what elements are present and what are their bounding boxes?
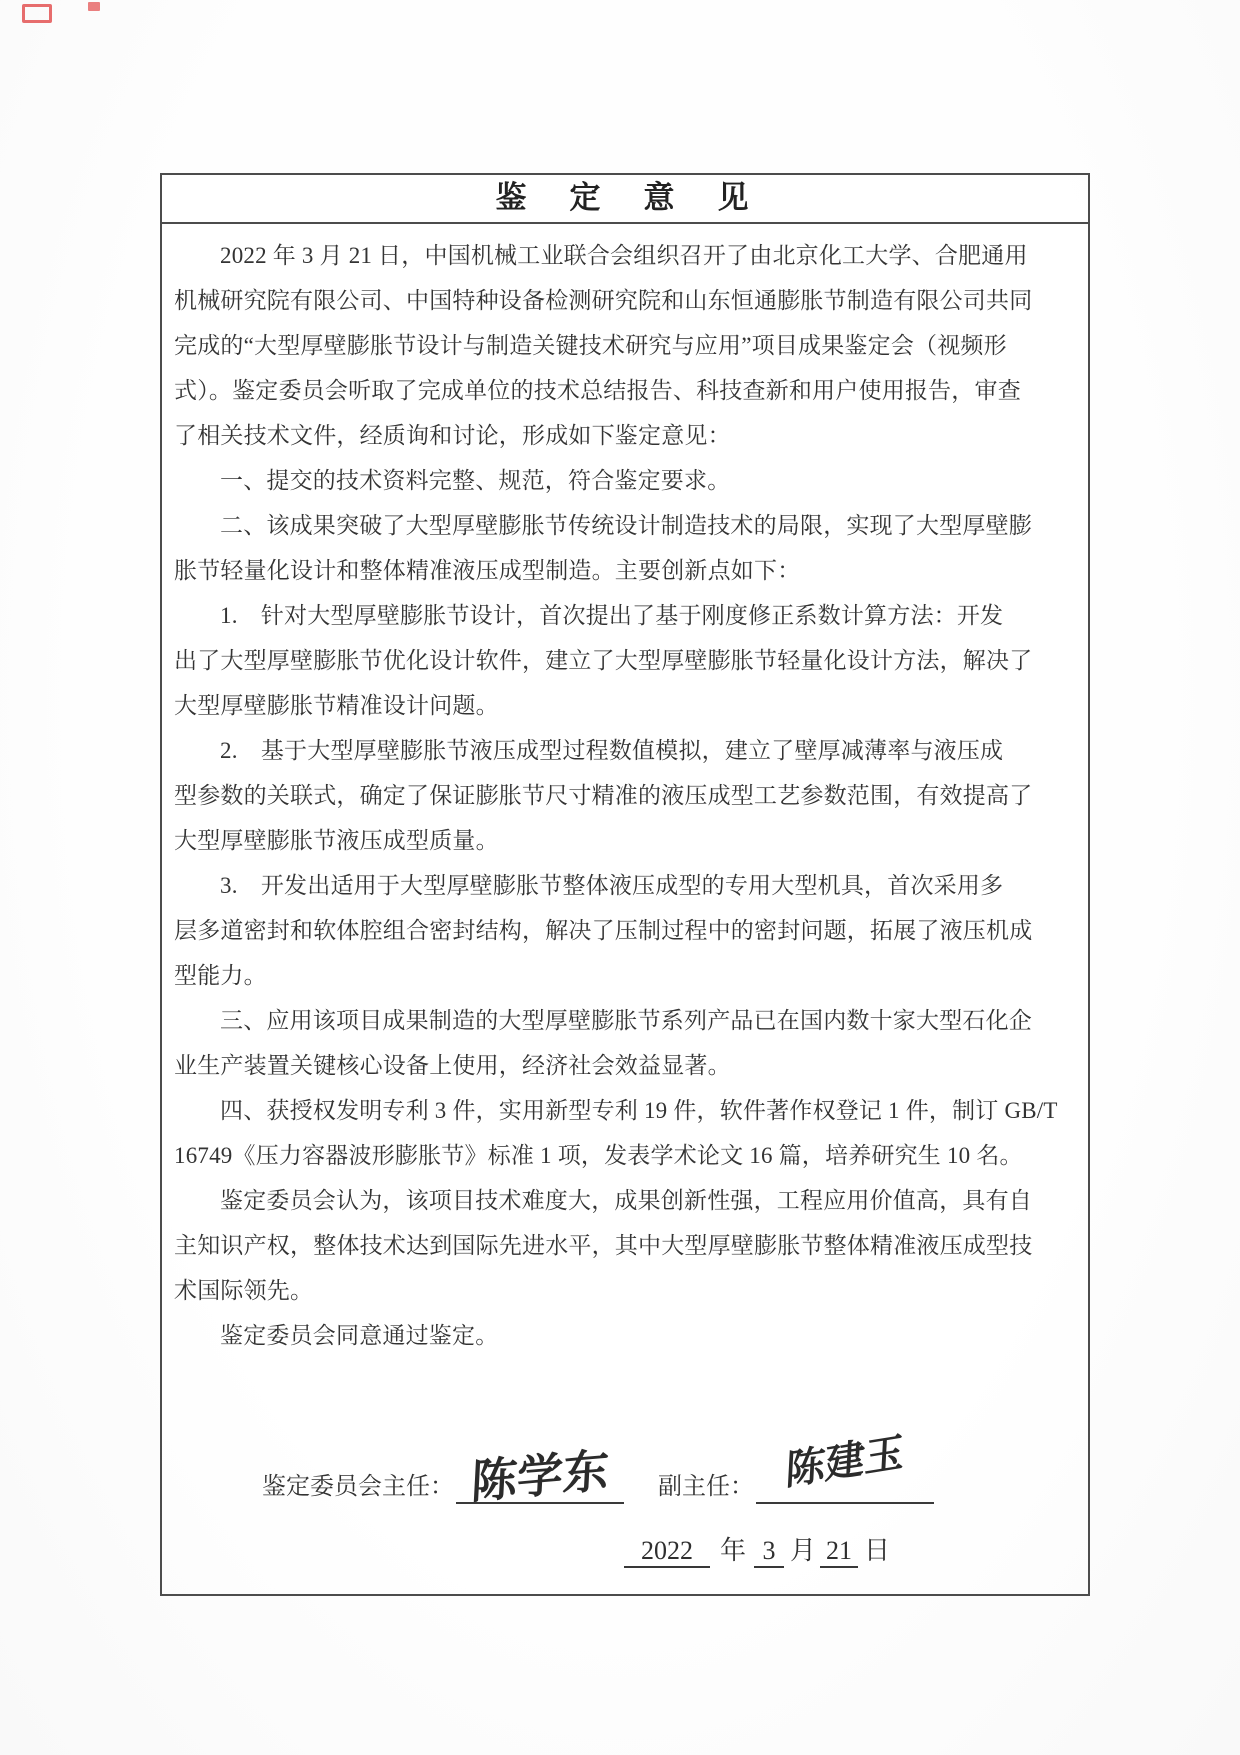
text-line: 16749《压力容器波形膨胀节》标准 1 项，发表学术论文 16 篇，培养研究生… bbox=[174, 1133, 1080, 1178]
document-border-box: 鉴 定 意 见 2022 年 3 月 21 日，中国机械工业联合会组织召开了由北… bbox=[160, 173, 1090, 1596]
text-line: 大型厚壁膨胀节液压成型质量。 bbox=[174, 818, 1080, 863]
text-line: 主知识产权，整体技术达到国际先进水平，其中大型厚壁膨胀节整体精准液压成型技 bbox=[174, 1223, 1080, 1268]
text-line: 大型厚壁膨胀节精准设计问题。 bbox=[174, 683, 1080, 728]
text-line: 鉴定委员会同意通过鉴定。 bbox=[174, 1313, 1080, 1358]
chairman-label: 鉴定委员会主任： bbox=[262, 1470, 454, 1504]
text-line: 2. 基于大型厚壁膨胀节液压成型过程数值模拟，建立了壁厚减薄率与液压成 bbox=[174, 728, 1080, 773]
text-line: 出了大型厚壁膨胀节优化设计软件，建立了大型厚壁膨胀节轻量化设计方法，解决了 bbox=[174, 638, 1080, 683]
date-line: 2022 年 3 月 21 日 bbox=[624, 1530, 1088, 1568]
text-line: 2022 年 3 月 21 日，中国机械工业联合会组织召开了由北京化工大学、合肥… bbox=[174, 233, 1080, 278]
vice-chairman-signature: 陈建玉 bbox=[785, 1432, 906, 1492]
text-line: 二、该成果突破了大型厚壁膨胀节传统设计制造技术的局限，实现了大型厚壁膨 bbox=[174, 503, 1080, 548]
text-line: 完成的“大型厚壁膨胀节设计与制造关键技术研究与应用”项目成果鉴定会（视频形 bbox=[174, 323, 1080, 368]
text-line: 胀节轻量化设计和整体精准液压成型制造。主要创新点如下： bbox=[174, 548, 1080, 593]
text-line: 式）。鉴定委员会听取了完成单位的技术总结报告、科技查新和用户使用报告，审查 bbox=[174, 368, 1080, 413]
date-day: 21 bbox=[820, 1536, 858, 1568]
red-scan-artifact-1 bbox=[22, 4, 52, 23]
document-body: 2022 年 3 月 21 日，中国机械工业联合会组织召开了由北京化工大学、合肥… bbox=[162, 224, 1088, 1358]
red-scan-artifact-2 bbox=[88, 2, 100, 11]
text-line: 型能力。 bbox=[174, 953, 1080, 998]
date-year-label: 年 bbox=[720, 1530, 746, 1567]
scanned-page: { "artifacts": { "red_mark_color": "#e44… bbox=[0, 0, 1240, 1755]
text-line: 业生产装置关键核心设备上使用，经济社会效益显著。 bbox=[174, 1043, 1080, 1088]
text-line: 1. 针对大型厚壁膨胀节设计，首次提出了基于刚度修正系数计算方法：开发 bbox=[174, 593, 1080, 638]
vice-chairman-label: 副主任： bbox=[658, 1470, 754, 1504]
signature-row: 鉴定委员会主任： 陈学东 副主任： 陈建玉 bbox=[162, 1444, 1088, 1504]
date-year: 2022 bbox=[624, 1536, 710, 1568]
date-month: 3 bbox=[754, 1536, 784, 1568]
chairman-signature: 陈学东 bbox=[470, 1448, 610, 1506]
text-line: 三、应用该项目成果制造的大型厚壁膨胀节系列产品已在国内数十家大型石化企 bbox=[174, 998, 1080, 1043]
text-line: 层多道密封和软体腔组合密封结构，解决了压制过程中的密封问题，拓展了液压机成 bbox=[174, 908, 1080, 953]
text-line: 机械研究院有限公司、中国特种设备检测研究院和山东恒通膨胀节制造有限公司共同 bbox=[174, 278, 1080, 323]
text-line: 鉴定委员会认为，该项目技术难度大，成果创新性强，工程应用价值高，具有自 bbox=[174, 1178, 1080, 1223]
text-line: 了相关技术文件，经质询和讨论，形成如下鉴定意见： bbox=[174, 413, 1080, 458]
document-title: 鉴 定 意 见 bbox=[162, 175, 1088, 224]
chairman-signature-line: 陈学东 bbox=[456, 1444, 624, 1504]
date-day-label: 日 bbox=[864, 1530, 890, 1567]
text-line: 四、获授权发明专利 3 件，实用新型专利 19 件，软件著作权登记 1 件，制订… bbox=[174, 1088, 1080, 1133]
text-line: 一、提交的技术资料完整、规范，符合鉴定要求。 bbox=[174, 458, 1080, 503]
text-line: 术国际领先。 bbox=[174, 1268, 1080, 1313]
date-month-label: 月 bbox=[790, 1530, 816, 1567]
vice-chairman-signature-line: 陈建玉 bbox=[756, 1444, 934, 1504]
text-line: 型参数的关联式，确定了保证膨胀节尺寸精准的液压成型工艺参数范围，有效提高了 bbox=[174, 773, 1080, 818]
text-line: 3. 开发出适用于大型厚壁膨胀节整体液压成型的专用大型机具，首次采用多 bbox=[174, 863, 1080, 908]
